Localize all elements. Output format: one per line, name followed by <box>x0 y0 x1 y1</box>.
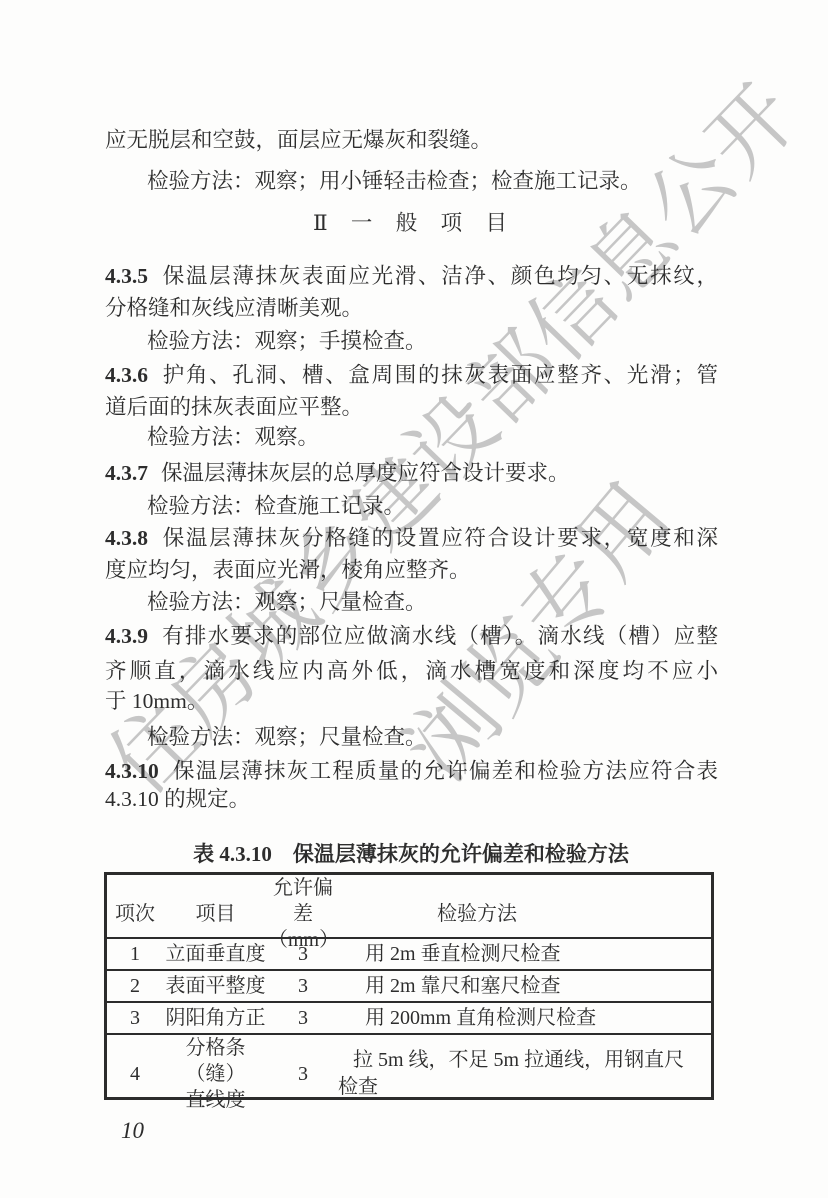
clause-text: 护角、孔洞、槽、盒周围的抹灰表面应整齐、光滑；管 <box>161 363 718 387</box>
header-no: 项次 <box>107 902 163 927</box>
paragraph-line: 道后面的抹灰表面应平整。 <box>105 391 718 424</box>
clause-text: 保温层薄抹灰分格缝的设置应符合设计要求，宽度和深 <box>161 526 718 550</box>
document-page: 住房城乡建设部信息公开 浏览专用 应无脱层和空鼓，面层应无爆灰和裂缝。 检验方法… <box>0 0 828 1198</box>
clause-text: 保温层薄抹灰层的总厚度应符合设计要求。 <box>161 461 570 485</box>
header-item: 项目 <box>163 902 268 927</box>
clause-line: 4.3.8保温层薄抹灰分格缝的设置应符合设计要求，宽度和深 <box>105 522 718 555</box>
paragraph-line: 4.3.10 的规定。 <box>105 783 718 816</box>
row-method: 拉 5m 线，不足 5m 拉通线，用钢直尺检查 <box>338 1047 711 1101</box>
inspection-method-line: 检验方法：观察；尺量检查。 <box>147 721 718 754</box>
clause-number: 4.3.10 <box>105 759 159 783</box>
row-method: 用 2m 靠尺和塞尺检查 <box>338 974 711 999</box>
table-row: 1 立面垂直度 3 用 2m 垂直检测尺检查 <box>107 939 711 971</box>
clause-line: 4.3.5保温层薄抹灰表面应光滑、洁净、颜色均匀、无抹纹， <box>105 260 718 293</box>
paragraph-line: 分格缝和灰线应清晰美观。 <box>105 292 718 325</box>
row-method: 用 2m 垂直检测尺检查 <box>338 942 711 967</box>
row-item-line2: 直线度 <box>163 1087 268 1113</box>
clause-number: 4.3.7 <box>105 461 148 485</box>
table-row: 3 阴阳角方正 3 用 200mm 直角检测尺检查 <box>107 1003 711 1035</box>
deviation-table: 项次 项目 允许偏差（mm） 检验方法 1 立面垂直度 3 用 2m 垂直检测尺… <box>104 872 714 1100</box>
clause-number: 4.3.9 <box>105 624 148 648</box>
table-caption: 表 4.3.10 保温层薄抹灰的允许偏差和检验方法 <box>105 838 717 868</box>
row-no: 4 <box>107 1062 163 1087</box>
row-method: 用 200mm 直角检测尺检查 <box>338 1006 711 1031</box>
table-row: 4 分格条（缝）直线度 3 拉 5m 线，不足 5m 拉通线，用钢直尺检查 <box>107 1035 711 1097</box>
row-item: 表面平整度 <box>163 974 268 999</box>
inspection-method-line: 检验方法：观察；尺量检查。 <box>147 586 718 619</box>
row-no: 2 <box>107 974 163 999</box>
paragraph-line: 于 10mm。 <box>105 685 718 718</box>
header-method: 检验方法 <box>338 902 711 927</box>
page-number: 10 <box>121 1118 144 1144</box>
inspection-method-line: 检验方法：观察。 <box>147 421 718 454</box>
clause-text: 有排水要求的部位应做滴水线（槽）。滴水线（槽）应整 <box>161 624 718 648</box>
row-deviation: 3 <box>268 1062 338 1087</box>
table-row: 2 表面平整度 3 用 2m 靠尺和塞尺检查 <box>107 971 711 1003</box>
row-deviation: 3 <box>268 942 338 967</box>
section-heading: Ⅱ 一 般 项 目 <box>105 207 718 240</box>
clause-line: 4.3.6护角、孔洞、槽、盒周围的抹灰表面应整齐、光滑；管 <box>105 359 718 392</box>
clause-text: 保温层薄抹灰工程质量的允许偏差和检验方法应符合表 <box>172 759 718 783</box>
row-item: 阴阳角方正 <box>163 1006 268 1031</box>
paragraph-line: 应无脱层和空鼓，面层应无爆灰和裂缝。 <box>105 124 718 157</box>
row-method-line2: 检查 <box>338 1074 711 1101</box>
header-deviation-line1: 允许偏差 <box>268 875 338 927</box>
clause-number: 4.3.5 <box>105 264 148 288</box>
clause-number: 4.3.6 <box>105 363 148 387</box>
row-method-line1: 拉 5m 线，不足 5m 拉通线，用钢直尺 <box>338 1047 711 1074</box>
clause-text: 保温层薄抹灰表面应光滑、洁净、颜色均匀、无抹纹， <box>161 264 718 288</box>
paragraph-line: 度应均匀，表面应光滑，棱角应整齐。 <box>105 554 718 587</box>
clause-line: 4.3.7保温层薄抹灰层的总厚度应符合设计要求。 <box>105 457 718 490</box>
paragraph-line: 齐顺直，滴水线应内高外低，滴水槽宽度和深度均不应小 <box>105 655 718 688</box>
inspection-method-line: 检验方法：观察；手摸检查。 <box>147 325 718 358</box>
row-deviation: 3 <box>268 1006 338 1031</box>
row-item-line1: 分格条（缝） <box>163 1035 268 1087</box>
row-item: 分格条（缝）直线度 <box>163 1035 268 1113</box>
clause-line: 4.3.9有排水要求的部位应做滴水线（槽）。滴水线（槽）应整 <box>105 620 718 653</box>
inspection-method-line: 检验方法：检查施工记录。 <box>147 490 718 523</box>
table-header-row: 项次 项目 允许偏差（mm） 检验方法 <box>107 875 711 939</box>
row-item: 立面垂直度 <box>163 942 268 967</box>
row-no: 1 <box>107 942 163 967</box>
row-no: 3 <box>107 1006 163 1031</box>
clause-number: 4.3.8 <box>105 526 148 550</box>
inspection-method-line: 检验方法：观察；用小锤轻击检查；检查施工记录。 <box>147 165 718 198</box>
row-deviation: 3 <box>268 974 338 999</box>
